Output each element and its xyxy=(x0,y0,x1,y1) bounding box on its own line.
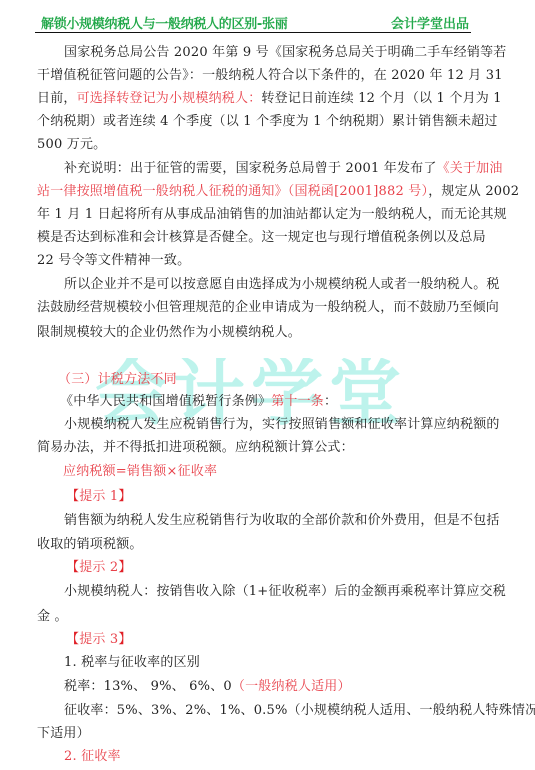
highlight-text: （一般纳税人适用） xyxy=(232,679,351,694)
para1-line: 日前，可选择转登记为小规模纳税人：转登记日前连续 12 个月（以 1 个月为 1 xyxy=(37,91,482,107)
tax-rates-line: 税率：13%、 9%、 6%、0（一般纳税人适用） xyxy=(64,679,509,695)
formula: 应纳税额=销售额×征收率 xyxy=(63,464,508,480)
tip-label-text: 提示 1 xyxy=(79,489,118,504)
para2-line: 补充说明：出于征管的需要，国家税务总局曾于 2001 年发布了《关于加油 xyxy=(64,161,509,177)
bracket: 】 xyxy=(118,489,131,504)
brand-label: 会计学堂出品 xyxy=(391,13,469,32)
para1-line: 国家税务总局公告 2020 年第 9 号《国家税务总局关于明确二手车经销等若 xyxy=(64,45,509,61)
tip-label: 【提示 1】 xyxy=(66,489,511,505)
tip-label: 【提示 3】 xyxy=(66,632,511,648)
para1-line: 500 万元。 xyxy=(37,137,482,153)
para2-line: 22 号令等文件精神一致。 xyxy=(37,253,482,269)
text: 转登记日前连续 12 个月（以 1 个月为 1 xyxy=(261,91,501,106)
highlight-text: 可选择转登记为小规模纳税人： xyxy=(77,91,262,106)
section3-line: 小规模纳税人发生应税销售行为，实行按照销售额和征收率计算应纳税额的 xyxy=(64,417,509,433)
para1-line: 个纳税期）或者连续 4 个季度（以 1 个季度为 1 个纳税期）累计销售额未超过 xyxy=(37,114,482,130)
notice-title: 《关于加油 xyxy=(437,161,503,176)
law-reference: 《中华人民共和国增值税暂行条例》第十一条： xyxy=(60,394,505,410)
text: 补充说明：出于征管的需要，国家税务总局曾于 2001 年发布了 xyxy=(64,161,437,176)
notice-title: 站一律按照增值税一般纳税人征税的通知》（国税函[2001]882 号） xyxy=(37,184,428,199)
text: 税率：13%、 9%、 6%、0 xyxy=(64,679,232,694)
para2-line: 年 1 月 1 日起将所有从事成品油销售的加油站都认定为一般纳税人，而无论其规 xyxy=(37,207,482,223)
list-item: 2. 征收率 xyxy=(64,749,509,765)
bracket: 【 xyxy=(66,560,79,575)
tip-line: 金 。 xyxy=(37,609,482,625)
para3-line: 限制规模较大的企业仍然作为小规模纳税人。 xyxy=(37,325,482,341)
bracket: 】 xyxy=(118,632,131,647)
para2-line: 站一律按照增值税一般纳税人征税的通知》（国税函[2001]882 号），规定从 … xyxy=(37,184,482,200)
page-header: 解锁小规模纳税人与一般纳税人的区别-张丽 会计学堂出品 xyxy=(35,10,471,33)
law-title: 《中华人民共和国增值税暂行条例》 xyxy=(60,394,271,409)
bracket: 【 xyxy=(66,489,79,504)
levy-rates-line: 下适用） xyxy=(37,726,482,742)
para3-line: 法鼓励经营规模较小但管理规范的企业申请成为一般纳税人，而不鼓励乃至倾向 xyxy=(37,300,482,316)
bracket: 【 xyxy=(66,632,79,647)
para3-line: 所以企业并不是可以按意愿自由选择成为小规模纳税人或者一般纳税人。税 xyxy=(64,277,509,293)
document-title: 解锁小规模纳税人与一般纳税人的区别-张丽 xyxy=(41,13,287,32)
text: 日前， xyxy=(37,91,77,106)
para1-line: 干增值税征管问题的公告》：一般纳税人符合以下条件的，在 2020 年 12 月 … xyxy=(37,68,482,84)
tip-line: 小规模纳税人：按销售收入除（1+征收税率）后的金额再乘税率计算应交税 xyxy=(64,584,509,600)
text: ： xyxy=(324,394,337,409)
tip-label: 【提示 2】 xyxy=(66,560,511,576)
para2-line: 模是否达到标准和会计核算是否健全。这一规定也与现行增值税条例以及总局 xyxy=(37,230,482,246)
tip-label-text: 提示 2 xyxy=(79,560,118,575)
section3-line: 简易办法，并不得抵扣进项税额。应纳税额计算公式： xyxy=(37,440,482,456)
bracket: 】 xyxy=(118,560,131,575)
tip-line: 收取的销项税额。 xyxy=(37,537,482,553)
list-item: 1. 税率与征收率的区别 xyxy=(64,655,509,671)
text: ，规定从 2002 xyxy=(428,184,519,199)
levy-rates-line: 征收率：5%、3%、2%、1%、0.5%（小规模纳税人适用、一般纳税人特殊情况 xyxy=(64,703,509,719)
section-heading: （三）计税方法不同 xyxy=(58,372,503,388)
tip-label-text: 提示 3 xyxy=(79,632,118,647)
article-ref: 第十一条 xyxy=(271,394,324,409)
tip-line: 销售额为纳税人发生应税销售行为收取的全部价款和价外费用，但是不包括 xyxy=(64,513,509,529)
